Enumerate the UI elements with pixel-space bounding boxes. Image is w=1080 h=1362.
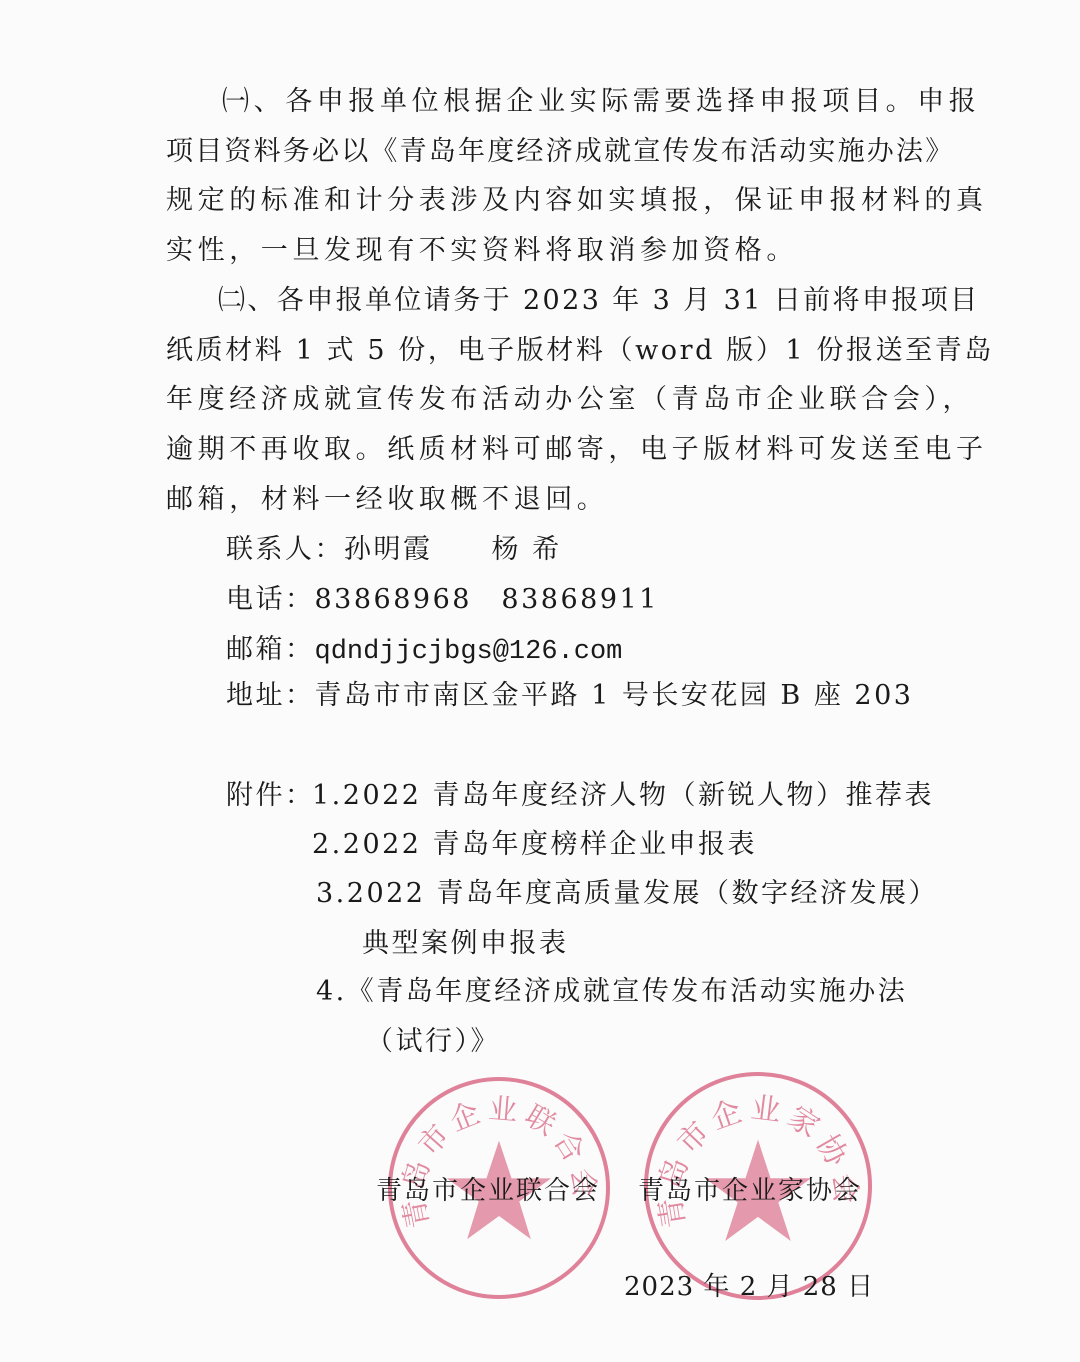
paragraph-2-line-3: 年度经济成就宣传发布活动办公室（青岛市企业联合会）， [166,384,974,416]
contact-address-label: 地址： [226,680,315,711]
attachment-item-1: 1.2022 青岛年度经济人物（新锐人物）推荐表 [312,780,934,812]
contact-people-label: 联系人： [226,534,344,565]
signature-date: 2023 年 2 月 28 日 [624,1272,874,1302]
paragraph-2-line-1: ㈡、各申报单位请务于 2023 年 3 月 31 日前将申报项目 [218,285,980,317]
attachment-item-4: 4.《青岛年度经济成就宣传发布活动实施办法 [316,976,907,1008]
contact-address-row: 地址：青岛市市南区金平路 1 号长安花园 B 座 203 [226,680,913,712]
paragraph-2-line-2: 纸质材料 1 式 5 份，电子版材料（word 版）1 份报送至青岛 [166,335,994,367]
contact-email-label: 邮箱： [226,634,315,665]
paragraph-2-line-4: 逾期不再收取。纸质材料可邮寄，电子版材料可发送至电子 [166,434,988,466]
paragraph-1-line-2: 项目资料务必以《青岛年度经济成就宣传发布活动实施办法》 [166,136,954,168]
signature-org-1: 青岛市企业联合会 [376,1176,600,1206]
attachments-label: 附件： [226,780,315,812]
contact-people-value: 孙明霞 杨 希 [344,534,562,565]
attachment-item-4-cont: （试行）》 [366,1026,500,1058]
paragraph-1-line-1: ㈠、各申报单位根据企业实际需要选择申报项目。申报 [222,86,980,118]
contact-email-row: 邮箱：qdndjjcjbgs@126.com [226,634,622,668]
document-page: ㈠、各申报单位根据企业实际需要选择申报项目。申报 项目资料务必以《青岛年度经济成… [0,0,1080,1362]
contact-phone-row: 电话：83868968 83868911 [226,584,659,616]
contact-phone-value: 83868968 83868911 [315,584,659,615]
contact-phone-label: 电话： [226,584,315,615]
attachment-item-2: 2.2022 青岛年度榜样企业申报表 [312,829,757,861]
paragraph-1-line-3: 规定的标准和计分表涉及内容如实填报，保证申报材料的真 [166,185,988,217]
signature-org-2: 青岛市企业家协会 [638,1176,862,1206]
paragraph-1-line-4: 实性，一旦发现有不实资料将取消参加资格。 [166,235,798,267]
paragraph-2-line-5: 邮箱，材料一经收取概不退回。 [166,484,608,516]
attachment-item-3: 3.2022 青岛年度高质量发展（数字经济发展） [316,878,938,910]
contact-email-value[interactable]: qdndjjcjbgs@126.com [315,637,623,667]
contact-people-row: 联系人：孙明霞 杨 希 [226,534,562,566]
contact-address-value: 青岛市市南区金平路 1 号长安花园 B 座 203 [315,680,914,711]
attachment-item-3-cont: 典型案例申报表 [362,928,569,960]
